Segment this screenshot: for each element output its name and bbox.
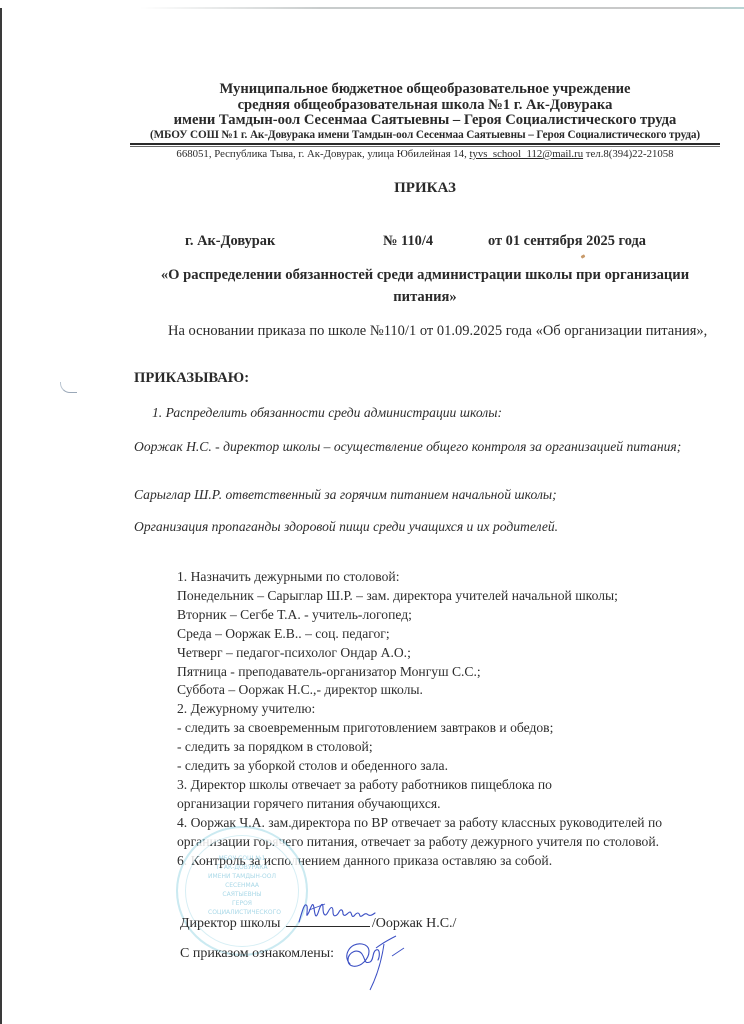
stamp-line: Героя xyxy=(208,899,276,908)
letterhead-line-2: средняя общеобразовательная школа №1 г. … xyxy=(130,98,720,114)
letterhead-divider xyxy=(130,143,720,145)
letterhead: Муниципальное бюджетное общеобразователь… xyxy=(130,82,720,142)
italic-item: 1. Распределить обязанности среди админи… xyxy=(134,403,742,422)
signature-line xyxy=(286,914,370,927)
official-stamp: МБОУ СОШ №1 г. Ак-Довурака имени Тамдын-… xyxy=(176,826,308,956)
duty-line: 3. Директор школы отвечает за работу раб… xyxy=(177,776,722,795)
order-subject: «О распределении обязанностей среди адми… xyxy=(130,264,720,308)
stamp-line: МБОУ СОШ №1 xyxy=(208,854,276,863)
duty-line: - следить за своевременным приготовление… xyxy=(177,719,722,738)
order-city: г. Ак-Довурак xyxy=(185,233,275,250)
acknowledgement-label: С приказом ознакомлены: xyxy=(180,946,334,961)
italic-item: Сарыглар Ш.Р. ответственный за горячим п… xyxy=(134,485,724,504)
order-basis: На основании приказа по школе №110/1 от … xyxy=(134,320,721,342)
letterhead-line-1: Муниципальное бюджетное общеобразователь… xyxy=(130,82,720,98)
stamp-text: МБОУ СОШ №1 г. Ак-Довурака имени Тамдын-… xyxy=(208,854,276,917)
letterhead-address: 668051, Республика Тыва, г. Ак-Довурак, … xyxy=(130,148,720,160)
stamp-line: имени Тамдын-оол xyxy=(208,872,276,881)
duty-line: 2. Дежурному учителю: xyxy=(177,700,722,719)
margin-mark xyxy=(60,382,77,393)
director-label: Директор школы xyxy=(180,916,280,931)
scan-edge xyxy=(0,8,2,1024)
acknowledgement-row: С приказом ознакомлены: xyxy=(180,946,334,962)
document-title: ПРИКАЗ xyxy=(130,180,720,197)
stamp-line: г. Ак-Довурака xyxy=(208,863,276,872)
decree-heading: ПРИКАЗЫВАЮ: xyxy=(134,370,249,387)
address-text: 668051, Республика Тыва, г. Ак-Довурак, … xyxy=(176,148,469,160)
acknowledgement-signature-icon xyxy=(340,934,410,992)
phone-text: тел.8(394)22-21058 xyxy=(583,148,673,160)
director-name: /Ооржак Н.С./ xyxy=(372,916,457,931)
order-number: № 110/4 xyxy=(383,233,433,250)
duty-line: Четверг – педагог-психолог Ондар А.О.; xyxy=(177,644,722,663)
duty-list: 1. Назначить дежурными по столовой: Поне… xyxy=(177,568,722,871)
duty-line: Пятница - преподаватель-организатор Монг… xyxy=(177,663,722,682)
letterhead-line-3: имени Тамдын-оол Сесенмаа Саятыевны – Ге… xyxy=(130,113,720,129)
italic-item: Организация пропаганды здоровой пищи сре… xyxy=(134,517,724,536)
ink-speck xyxy=(581,254,586,259)
director-signature-row: Директор школы /Ооржак Н.С./ xyxy=(180,914,456,932)
letterhead-divider-thin xyxy=(130,146,720,147)
letterhead-short-name: (МБОУ СОШ №1 г. Ак-Довурака имени Тамдын… xyxy=(130,129,720,142)
duty-line: - следить за порядком в столовой; xyxy=(177,738,722,757)
italic-item: Ооржак Н.С. - директор школы – осуществл… xyxy=(134,437,724,456)
duty-line: 1. Назначить дежурными по столовой: xyxy=(177,568,722,587)
email-link[interactable]: tyvs_school_112@mail.ru xyxy=(469,148,583,160)
duty-line: Среда – Ооржак Е.В.. – соц. педагог; xyxy=(177,625,722,644)
duty-line: - следить за уборкой столов и обеденного… xyxy=(177,757,722,776)
duty-line: Суббота – Ооржак Н.С.,- директор школы. xyxy=(177,681,722,700)
duty-line: Понедельник – Сарыглар Ш.Р. – зам. дирек… xyxy=(177,587,722,606)
scan-edge-top xyxy=(140,7,744,9)
duty-line: организации горячего питания обучающихся… xyxy=(177,795,722,814)
duty-line: Вторник – Сегбе Т.А. - учитель-логопед; xyxy=(177,606,722,625)
order-date: от 01 сентября 2025 года xyxy=(488,233,646,250)
stamp-line: Сесенмаа Саятыевны xyxy=(208,881,276,899)
